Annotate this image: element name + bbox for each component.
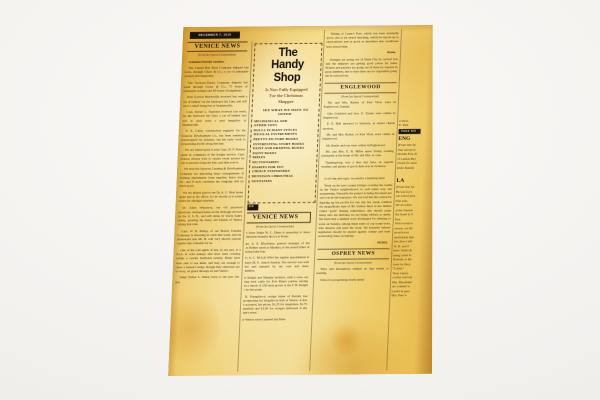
lead-line: Genuine Florida weather. bbox=[185, 59, 249, 64]
section-header-venice-news-top: VENICE NEWS bbox=[187, 41, 247, 52]
ad-tagline-line3: Shopper bbox=[255, 99, 317, 105]
correspondent-byline: (From Our Special Correspondent) bbox=[317, 261, 389, 265]
column-gap bbox=[397, 170, 443, 176]
handy-shop-ad: The Handy Shop Is Now Fully Equipped For… bbox=[248, 43, 323, 204]
column-right: fishing at Casey's Pass, which has been … bbox=[312, 31, 399, 372]
news-paragraph: is all vim and vigor, we predict a hustl… bbox=[320, 176, 392, 181]
news-paragraph: Paul Gordon Barberville received last we… bbox=[183, 95, 248, 108]
page-six-label: PAGE SIX bbox=[240, 204, 258, 210]
column-center: The Handy Shop Is Now Fully Equipped For… bbox=[240, 43, 322, 372]
correspondent-signature: NEMO. bbox=[318, 240, 388, 245]
news-paragraph: Otto Gottfried and Geo. E. Turner were c… bbox=[323, 111, 395, 120]
news-paragraph: One of the odd sights of late, in our pa… bbox=[175, 247, 240, 273]
photo-background: DECEMBER 7, 1916 VENICE NEWS (From Our S… bbox=[0, 0, 600, 400]
venice-news-top-body: The Lemon Bay Fruit Company shipped last… bbox=[175, 65, 249, 284]
column-left: VENICE NEWS (From Our Special Correspond… bbox=[171, 41, 249, 372]
venice-news-bottom-section: PAGE SIX VENICE NEWS (From Our Special C… bbox=[240, 204, 311, 322]
news-paragraph: Work on the new county bridges crossing … bbox=[318, 183, 392, 238]
clipped-section-header: ENG bbox=[398, 136, 444, 142]
edge-fragments-bottom: (From Our SpHe was far bour school print… bbox=[391, 185, 442, 298]
news-paragraph: The Knight and Murphy brothers, with a c… bbox=[240, 274, 308, 292]
ad-offer-line2: OFFER: bbox=[254, 112, 316, 117]
date-banner: DECEMBER 7, 1916 bbox=[190, 32, 240, 39]
correspondent-byline: (From Our Special Correspondent) bbox=[324, 95, 396, 99]
news-paragraph: We are indeed glad to see Dr. A. C. West… bbox=[179, 190, 244, 203]
column-edge-clipped: n View,E. Turk PAGE SIX ENG (From Our Sp… bbox=[388, 119, 445, 370]
section-header-osprey-news: OSPREY NEWS bbox=[317, 248, 389, 260]
news-paragraph: L. N. Youngblood, orange buyer of Parris… bbox=[240, 294, 307, 316]
news-paragraph: Flies and mosquitoes remind us that wint… bbox=[316, 266, 388, 275]
clipped-line: E. Turk bbox=[399, 123, 445, 128]
clipped-section-header: LA bbox=[396, 178, 442, 184]
ad-title-line2: Handy Shop bbox=[257, 59, 318, 84]
venice-news-bottom-body: We learn Judge W. L. Dunn is preparing t… bbox=[240, 230, 310, 322]
news-paragraph: Mr. Rasler and son were callers in Engle… bbox=[322, 143, 394, 148]
news-paragraph: Mr. and Mrs. Rasler, of Pass View, were … bbox=[324, 100, 396, 109]
news-paragraph: Judge Walter L. Dunn, back to the new la… bbox=[175, 275, 239, 284]
newspaper-page: DECEMBER 7, 1916 VENICE NEWS (From Our S… bbox=[168, 25, 447, 376]
news-paragraph: Mr. and Mrs. E. B. Miller spent Friday e… bbox=[321, 149, 393, 158]
page-six-label-edge: PAGE SIX bbox=[396, 129, 420, 135]
ad-item-list: MECHANICAL AND OTHER TOYSDOLLS IN MANY S… bbox=[251, 118, 316, 183]
clipped-line: Mrs. Pete w bbox=[391, 293, 437, 298]
englewood-body: Mr. and Mrs. Rasler, of Pass View, were … bbox=[321, 100, 396, 169]
ad-item: NOVELTIES bbox=[251, 178, 313, 183]
correspondent-signature: Rome. bbox=[326, 50, 396, 55]
correspondent-byline: (From Our Special Correspondent) bbox=[185, 53, 249, 57]
news-paragraph: Mr. and Mrs. Rasler, of Pass View, were … bbox=[322, 132, 394, 141]
ad-offer-heading: SEE WHAT WE HAVE TO OFFER: bbox=[254, 108, 316, 117]
news-paragraph: Capt. A. E. Blackburn, general manager o… bbox=[240, 241, 310, 254]
news-paragraph: Capt. Robert L. Stephens received last w… bbox=[182, 110, 247, 127]
news-paragraph: Rev. A. C. McCall filled his regular app… bbox=[240, 255, 309, 273]
ad-tagline: Is Now Fully Equipped For the Christmas … bbox=[255, 87, 318, 105]
news-paragraph: Dr. Allen Wheatson, our old practiced ph… bbox=[178, 205, 243, 227]
edge-fragments-top: n View,E. Turk bbox=[399, 119, 445, 128]
news-paragraph: The Lemon Bay Fruit Company shipped last… bbox=[184, 65, 249, 78]
ad-title-line1: The bbox=[258, 47, 319, 60]
news-paragraph: We are indeed glad to note Capt. D. F. P… bbox=[180, 148, 245, 165]
correspondent-byline: (From Our Special Correspondent) bbox=[240, 224, 310, 228]
news-paragraph: School is progressing nicely under bbox=[316, 277, 388, 282]
news-paragraph: We learn Judge W. L. Dunn is preparing t… bbox=[240, 230, 310, 239]
news-paragraph: We note the Sarasota Canning & Developme… bbox=[179, 167, 244, 189]
news-paragraph: E. E. Cathy, construction engineer for t… bbox=[181, 129, 246, 146]
edge-fragments-mid: (From Our SpThe revival atBonilla Free c… bbox=[397, 143, 444, 170]
news-paragraph: Thanksgiving was a fine day here, as reg… bbox=[321, 160, 393, 169]
news-paragraph: The Venice school opened last Mon- bbox=[240, 317, 306, 322]
news-paragraph: E. E. Hall motored to Sarasota, to atten… bbox=[323, 122, 395, 131]
news-paragraph: Capt. W. B. Bailey, of our Bonita Transf… bbox=[177, 228, 242, 245]
section-header-venice-news: VENICE NEWS bbox=[240, 211, 311, 223]
news-paragraph: Oranges are going out of Dade City in ca… bbox=[325, 57, 398, 79]
news-paragraph: The Sarasota-Venice Company shipped last… bbox=[183, 80, 248, 93]
page-six-text: PAGE SIX bbox=[401, 130, 416, 133]
date-banner-label: DECEMBER 7, 1916 bbox=[198, 33, 231, 37]
section-header-englewood: ENGLEWOOD bbox=[324, 82, 396, 94]
osprey-body: Flies and mosquitoes remind us that wint… bbox=[316, 266, 389, 281]
news-paragraph: fishing at Casey's Pass, which has been … bbox=[326, 31, 399, 49]
